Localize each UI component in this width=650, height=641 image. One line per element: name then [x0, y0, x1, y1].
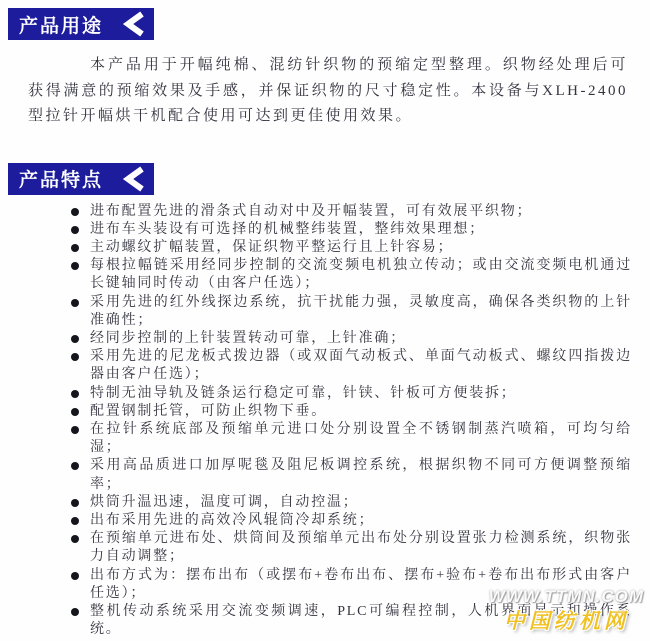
section-usage-banner: 产品用途 — [8, 8, 154, 40]
bullet-icon — [71, 535, 79, 543]
bullet-icon — [71, 226, 79, 234]
feature-text: 特制无油导轨及链条运行稳定可靠，针铗、针板可方便装拆； — [90, 386, 517, 401]
feature-text: 采用先进的红外线探边系统，抗干扰能力强，灵敏度高，确保各类织物的上针准确性； — [90, 295, 632, 328]
chevron-left-icon — [118, 10, 150, 38]
feature-text: 每根拉幅链采用经同步控制的交流变频电机独立传动；或由交流变频电机通过长键轴同时传… — [90, 258, 632, 291]
feature-text: 配置钢制托管，可防止织物下垂。 — [90, 404, 327, 419]
feature-item: 进布车头装设有可选择的机械整纬装置，整纬效果理想； — [70, 221, 632, 239]
bullet-icon — [71, 572, 79, 580]
bullet-icon — [71, 462, 79, 470]
usage-paragraph: 本产品用于开幅纯棉、混纺针织物的预缩定型整理。织物经处理后可获得满意的预缩效果及… — [28, 53, 628, 130]
section-features: 产品特点 进布配置先进的滑条式自动对中及开幅装置，可有效展平织物； 进布车头装设… — [0, 163, 650, 640]
bullet-icon — [71, 353, 79, 361]
feature-item: 主动螺纹扩幅装置，保证织物平整运行且上针容易； — [70, 239, 632, 257]
feature-text: 采用高品质进口加厚呢毯及阻尼板调控系统，根据织物不同可方便调整预缩率； — [90, 458, 632, 491]
feature-list: 进布配置先进的滑条式自动对中及开幅装置，可有效展平织物； 进布车头装设有可选择的… — [70, 203, 632, 640]
feature-item: 采用先进的红外线探边系统，抗干扰能力强，灵敏度高，确保各类织物的上针准确性； — [70, 294, 632, 330]
bullet-icon — [71, 608, 79, 616]
bullet-icon — [71, 390, 79, 398]
feature-text: 进布配置先进的滑条式自动对中及开幅装置，可有效展平织物； — [90, 204, 532, 219]
bullet-icon — [71, 499, 79, 507]
feature-text: 经同步控制的上针装置转动可靠，上针准确； — [90, 331, 406, 346]
bullet-icon — [71, 426, 79, 434]
feature-text: 出布采用先进的高效冷风辊筒冷却系统； — [90, 513, 374, 528]
feature-item: 采用高品质进口加厚呢毯及阻尼板调控系统，根据织物不同可方便调整预缩率； — [70, 457, 632, 493]
bullet-icon — [71, 208, 79, 216]
feature-text: 在拉针系统底部及预缩单元进口处分别设置全不锈钢制蒸汽喷箱，可均匀给湿； — [90, 422, 632, 455]
feature-text: 整机传动系统采用交流变频调速，PLC可编程控制，人机界面显示和操作系统。 — [90, 604, 632, 637]
section-usage: 产品用途 本产品用于开幅纯棉、混纺针织物的预缩定型整理。织物经处理后可获得满意的… — [0, 8, 650, 130]
feature-item: 在预缩单元进布处、烘筒间及预缩单元出布处分别设置张力检测系统，织物张力自动调整； — [70, 530, 632, 566]
feature-item: 整机传动系统采用交流变频调速，PLC可编程控制，人机界面显示和操作系统。 — [70, 603, 632, 639]
bullet-icon — [71, 517, 79, 525]
feature-item: 进布配置先进的滑条式自动对中及开幅装置，可有效展平织物； — [70, 203, 632, 221]
bullet-icon — [71, 408, 79, 416]
feature-item: 配置钢制托管，可防止织物下垂。 — [70, 403, 632, 421]
feature-item: 在拉针系统底部及预缩单元进口处分别设置全不锈钢制蒸汽喷箱，可均匀给湿； — [70, 421, 632, 457]
feature-item: 烘筒升温迅速，温度可调，自动控温； — [70, 494, 632, 512]
feature-text: 采用先进的尼龙板式拨边器（或双面气动板式、单面气动板式、螺纹四指拨边器由客户任选… — [90, 349, 632, 382]
feature-text: 进布车头装设有可选择的机械整纬装置，整纬效果理想； — [90, 222, 485, 237]
feature-item: 特制无油导轨及链条运行稳定可靠，针铗、针板可方便装拆； — [70, 385, 632, 403]
feature-item: 出布采用先进的高效冷风辊筒冷却系统； — [70, 512, 632, 530]
feature-text: 出布方式为：摆布出布（或摆布+卷布出布、摆布+验布+卷布出布形式由客户任选）； — [90, 568, 632, 601]
section-features-banner: 产品特点 — [8, 163, 154, 195]
feature-item: 每根拉幅链采用经同步控制的交流变频电机独立传动；或由交流变频电机通过长键轴同时传… — [70, 257, 632, 293]
feature-text: 在预缩单元进布处、烘筒间及预缩单元出布处分别设置张力检测系统，织物张力自动调整； — [90, 531, 632, 564]
feature-item: 出布方式为：摆布出布（或摆布+卷布出布、摆布+验布+卷布出布形式由客户任选）； — [70, 567, 632, 603]
bullet-icon — [71, 335, 79, 343]
bullet-icon — [71, 244, 79, 252]
section-features-title: 产品特点 — [8, 165, 118, 192]
document-page: 产品用途 本产品用于开幅纯棉、混纺针织物的预缩定型整理。织物经处理后可获得满意的… — [0, 0, 650, 641]
feature-text: 主动螺纹扩幅装置，保证织物平整运行且上针容易； — [90, 240, 453, 255]
feature-item: 采用先进的尼龙板式拨边器（或双面气动板式、单面气动板式、螺纹四指拨边器由客户任选… — [70, 348, 632, 384]
bullet-icon — [71, 299, 79, 307]
feature-text: 烘筒升温迅速，温度可调，自动控温； — [90, 495, 359, 510]
chevron-left-icon — [118, 165, 150, 193]
feature-item: 经同步控制的上针装置转动可靠，上针准确； — [70, 330, 632, 348]
section-usage-title: 产品用途 — [8, 11, 118, 38]
bullet-icon — [71, 262, 79, 270]
